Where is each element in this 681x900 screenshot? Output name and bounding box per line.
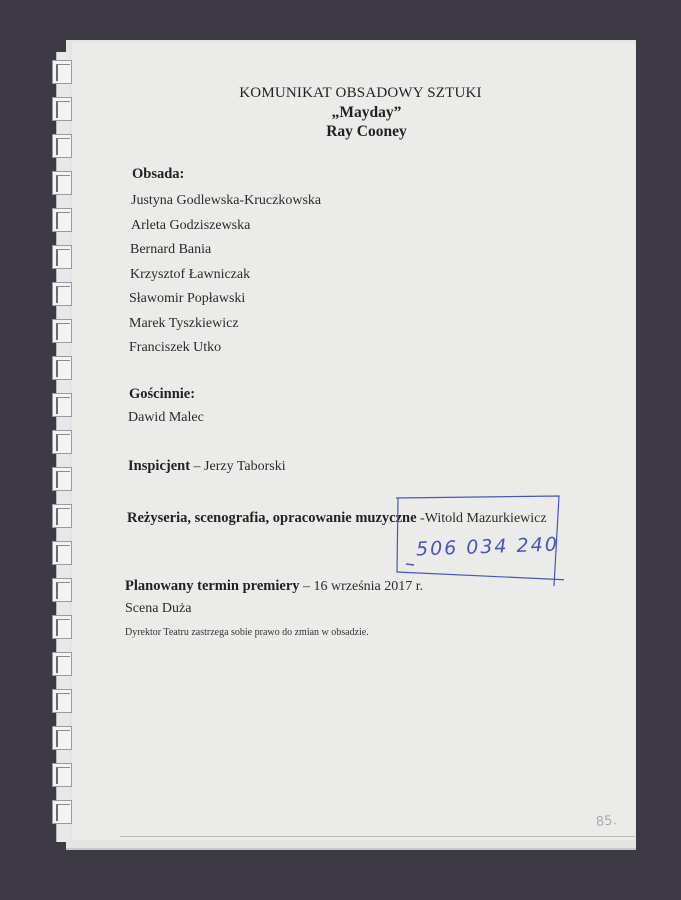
binding-ring: [52, 689, 72, 713]
binding-ring: [52, 652, 72, 676]
guest-member: Dawid Malec: [128, 410, 204, 426]
guest-heading: Gościnnie:: [129, 386, 195, 403]
binding-ring: [52, 319, 72, 343]
stage-name: Scena Duża: [125, 601, 191, 617]
binding-ring: [52, 541, 72, 565]
binding-ring: [52, 60, 72, 84]
premiere-label: Planowany termin premiery: [125, 578, 300, 594]
binding-ring: [52, 282, 72, 306]
binding-ring: [52, 763, 72, 787]
binding-ring: [52, 726, 72, 750]
binding-ring: [52, 171, 72, 195]
director-note: Dyrektor Teatru zastrzega sobie prawo do…: [125, 627, 369, 638]
binding-ring: [52, 800, 72, 824]
cast-member: Justyna Godlewska-Kruczkowska: [131, 193, 321, 209]
comb-binding: [52, 52, 74, 842]
cast-heading: Obsada:: [132, 166, 184, 183]
cast-member: Sławomir Popławski: [129, 291, 245, 307]
binding-ring: [52, 615, 72, 639]
page-number: 85.: [595, 813, 617, 830]
binding-ring: [52, 393, 72, 417]
binding-ring: [52, 208, 72, 232]
premiere-line: Planowany termin premiery – 16 września …: [125, 578, 423, 595]
premiere-value: – 16 września 2017 r.: [300, 579, 424, 594]
director-label: Reżyseria, scenografia, opracowanie muzy…: [127, 510, 417, 526]
stage-manager-line: Inspicjent – Jerzy Taborski: [128, 458, 286, 475]
binding-ring: [52, 467, 72, 491]
binding-ring: [52, 504, 72, 528]
title-heading: KOMUNIKAT OBSADOWY SZTUKI: [40, 84, 681, 103]
document-title: KOMUNIKAT OBSADOWY SZTUKI „Mayday” Ray C…: [0, 84, 681, 141]
cast-member: Krzysztof Ławniczak: [130, 267, 250, 283]
binding-ring: [52, 578, 72, 602]
stage-manager-value: – Jerzy Taborski: [190, 459, 286, 474]
cast-member: Marek Tyszkiewicz: [129, 316, 239, 332]
stage-manager-label: Inspicjent: [128, 458, 190, 474]
binding-ring: [52, 245, 72, 269]
document-page: [72, 42, 635, 840]
play-author: Ray Cooney: [52, 122, 681, 141]
page-edge-line: [120, 836, 635, 837]
play-title: „Mayday”: [52, 103, 681, 122]
cast-member: Franciszek Utko: [129, 340, 221, 356]
cast-member: Arleta Godziszewska: [131, 218, 250, 234]
cast-member: Bernard Bania: [130, 242, 211, 258]
binding-ring: [52, 356, 72, 380]
binding-ring: [52, 430, 72, 454]
